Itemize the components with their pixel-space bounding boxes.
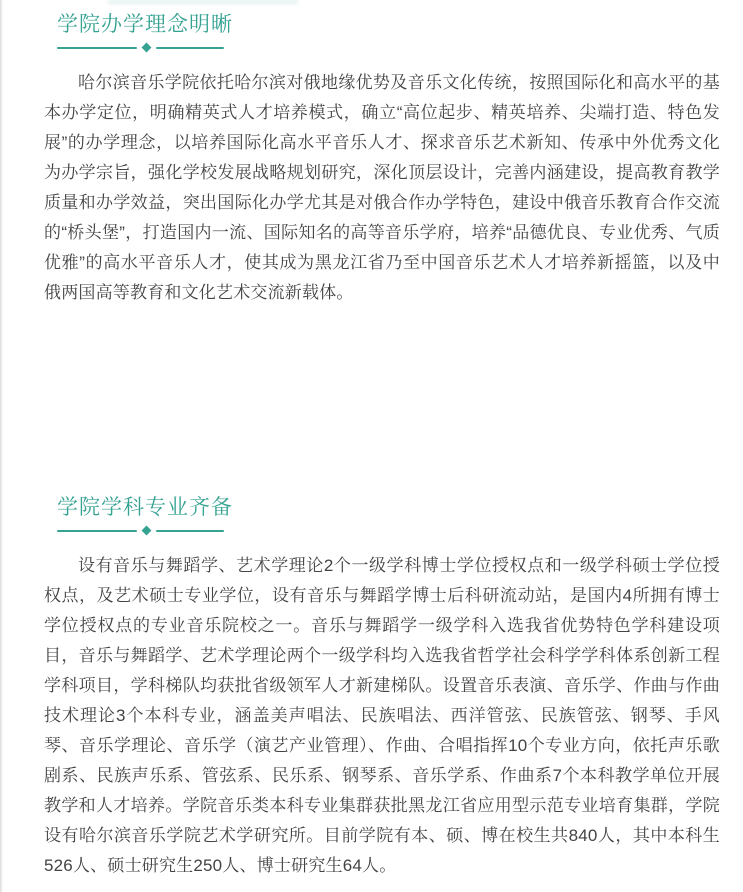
section-paragraph: 设有音乐与舞蹈学、艺术学理论2个一级学科博士学位授权点和一级学科硕士学位授权点，… xyxy=(44,551,720,881)
divider-line-right xyxy=(156,530,224,532)
section-paragraph: 哈尔滨音乐学院依托哈尔滨对俄地缘优势及音乐文化传统，按照国际化和高水平的基本办学… xyxy=(44,68,720,308)
section-heading: 学院学科专业齐备 xyxy=(57,496,743,520)
divider-line-right xyxy=(156,47,224,49)
section-philosophy: 学院办学理念明晰 哈尔滨音乐学院依托哈尔滨对俄地缘优势及音乐文化传统，按照国际化… xyxy=(0,0,743,308)
diamond-icon xyxy=(142,43,152,53)
heading-divider xyxy=(57,44,224,51)
section-disciplines: 学院学科专业齐备 设有音乐与舞蹈学、艺术学理论2个一级学科博士学位授权点和一级学… xyxy=(0,496,743,881)
section-heading: 学院办学理念明晰 xyxy=(57,13,743,37)
cropped-top-content-remnant xyxy=(108,0,298,4)
divider-line-left xyxy=(57,47,137,49)
article-page: 学院办学理念明晰 哈尔滨音乐学院依托哈尔滨对俄地缘优势及音乐文化传统，按照国际化… xyxy=(0,0,743,892)
page-left-edge-shadow xyxy=(0,0,3,892)
divider-line-left xyxy=(57,530,137,532)
diamond-icon xyxy=(142,526,152,536)
heading-divider xyxy=(57,527,224,534)
